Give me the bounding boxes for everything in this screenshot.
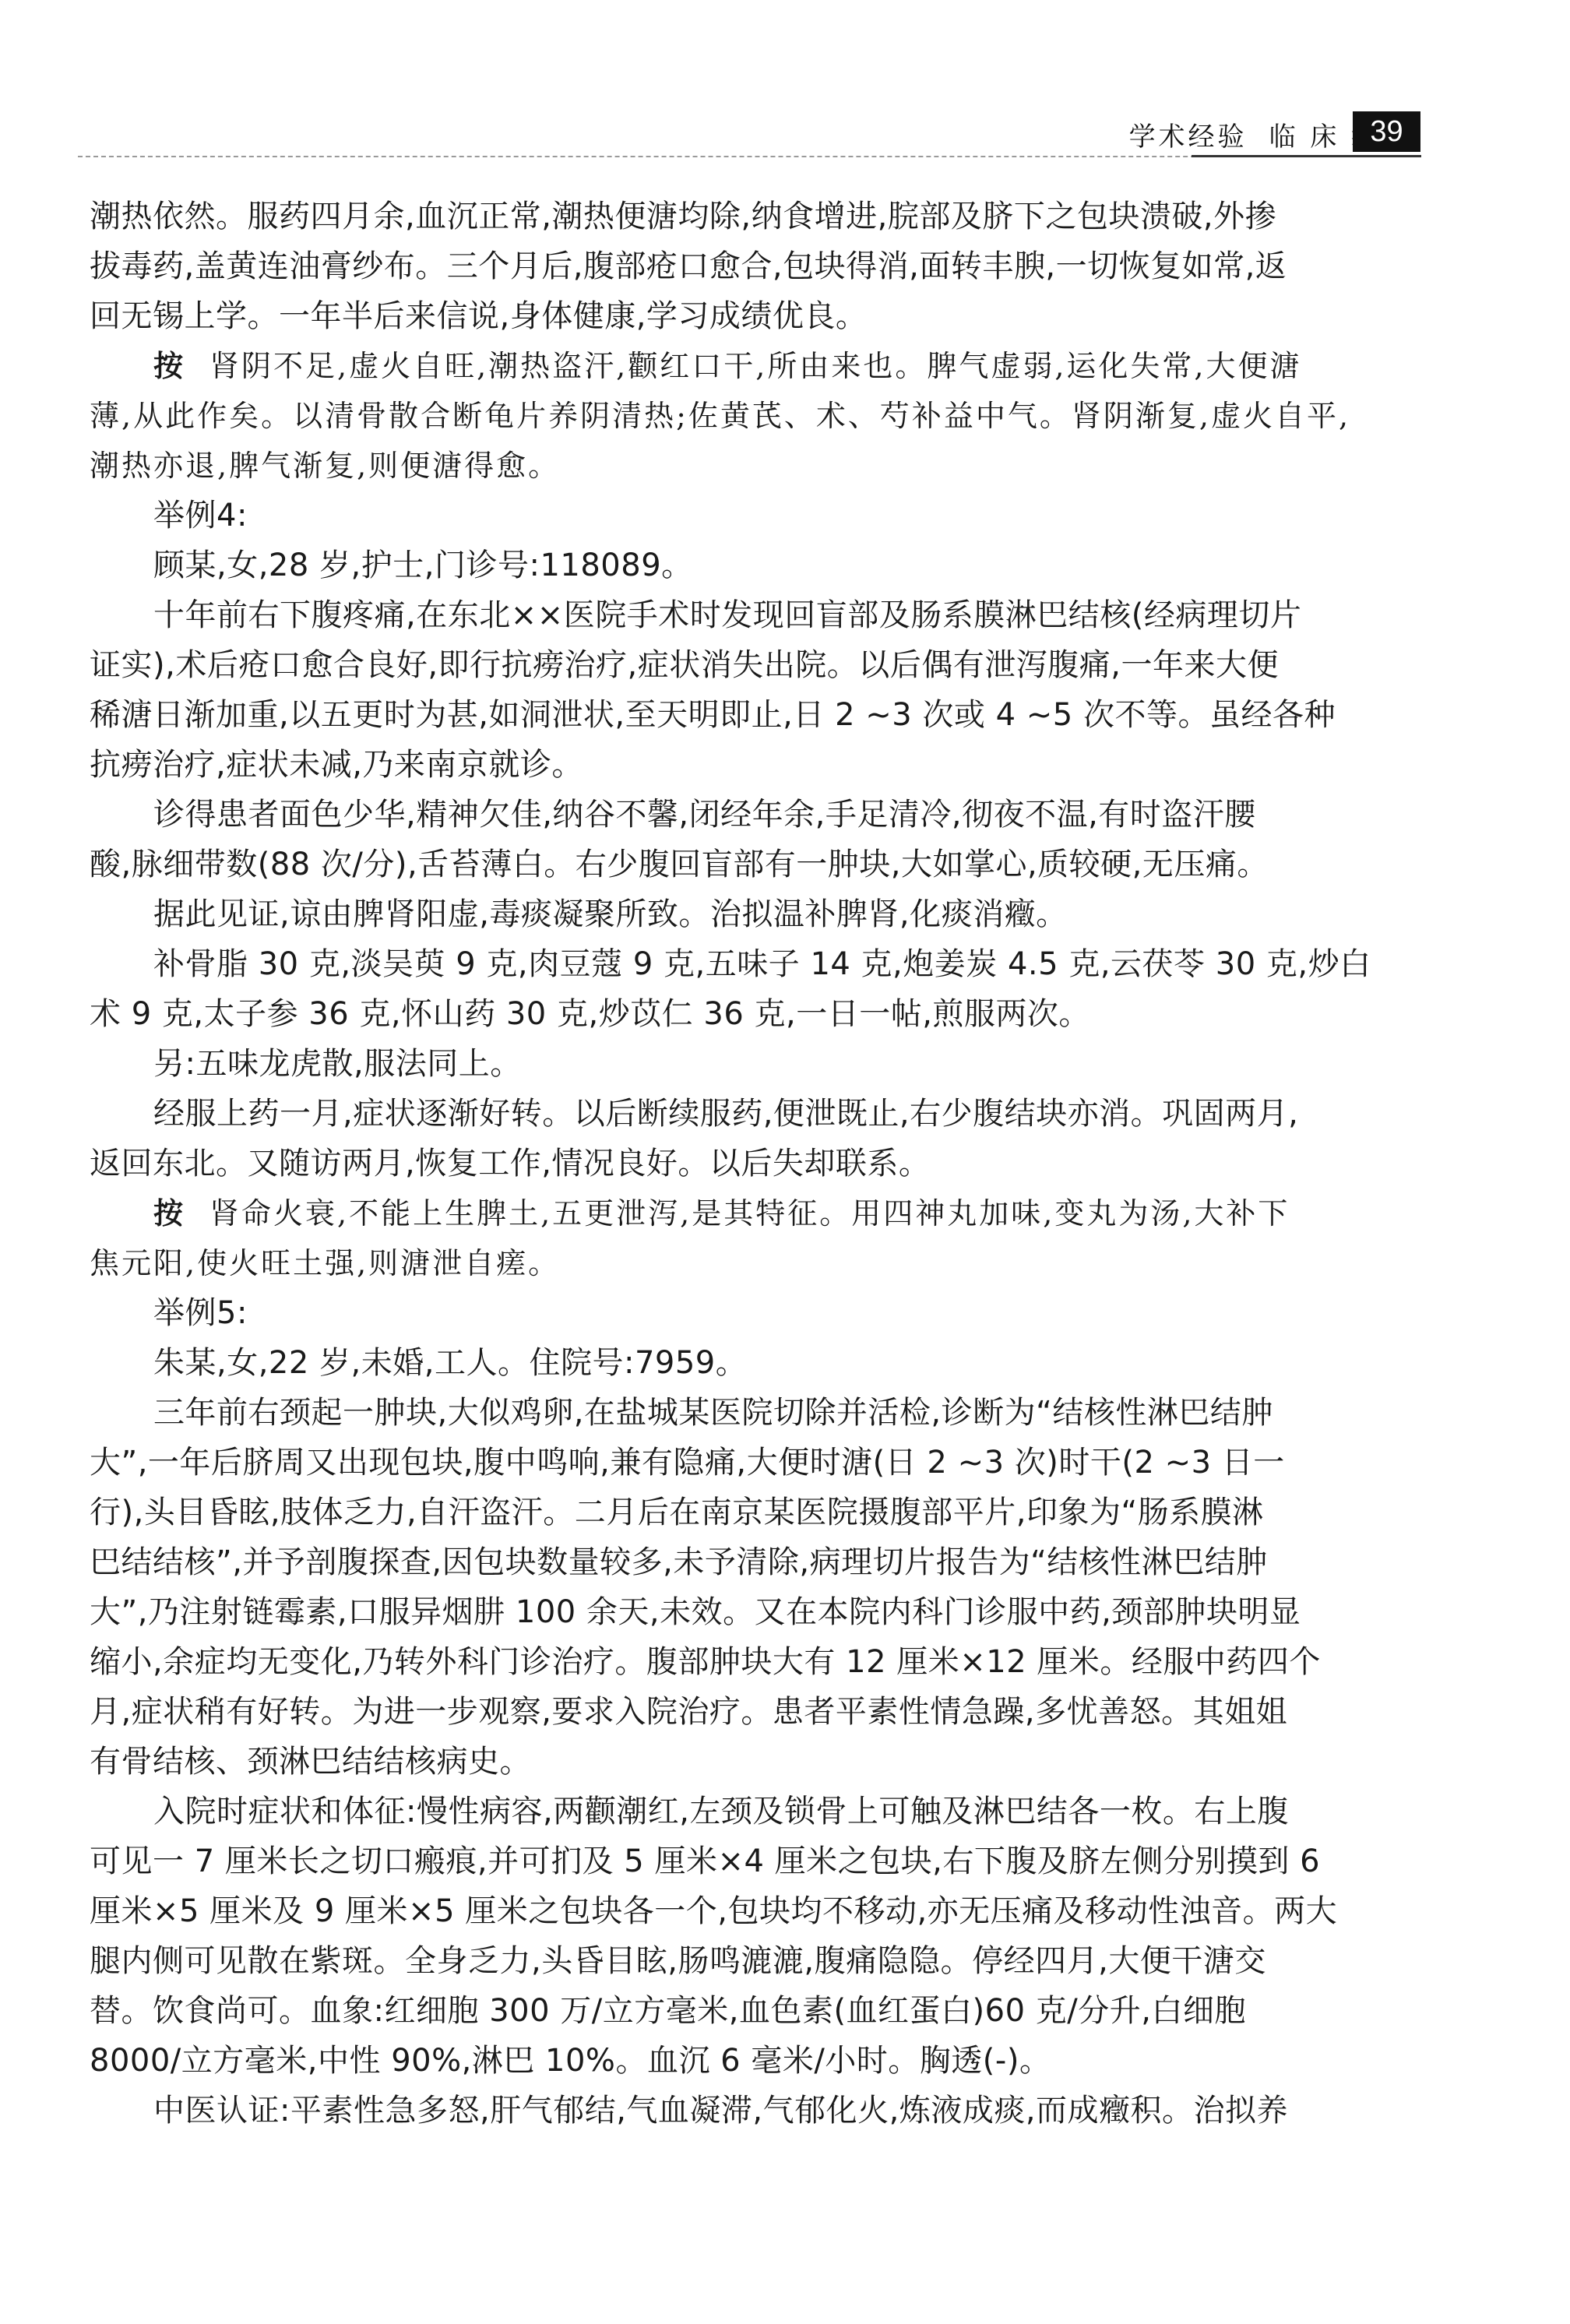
line-text: 酸,脉细带数(88 次/分),舌苔薄白。右少腹回盲部有一肿块,大如掌心,质较硬,… bbox=[90, 847, 1269, 882]
text-line: 经服上药一月,症状逐渐好转。以后断续服药,便泄既止,右少腹结块亦消。巩固两月, bbox=[90, 1089, 1437, 1139]
commentary-line: 按肾命火衰,不能上生脾土,五更泄泻,是其特征。用四神丸加味,变丸为汤,大补下 bbox=[90, 1188, 1437, 1238]
line-text: 可见一 7 厘米长之切口瘢痕,并可扪及 5 厘米×4 厘米之包块,右下腹及脐左侧… bbox=[90, 1843, 1320, 1879]
text-line: 有骨结核、颈淋巴结结核病史。 bbox=[90, 1737, 1437, 1787]
line-text: 腿内侧可见散在紫斑。全身乏力,头昏目眩,肠鸣漉漉,腹痛隐隐。停经四月,大便干溏交 bbox=[90, 1943, 1266, 1979]
text-line: 抗痨治疗,症状未减,乃来南京就诊。 bbox=[90, 740, 1437, 790]
page-body: 潮热依然。服药四月余,血沉正常,潮热便溏均除,纳食增进,脘部及脐下之包块溃破,外… bbox=[90, 192, 1437, 2136]
line-text: 入院时症状和体征:慢性病容,两颧潮红,左颈及锁骨上可触及淋巴结各一枚。右上腹 bbox=[153, 1794, 1289, 1829]
line-text: 补骨脂 30 克,淡吴萸 9 克,肉豆蔻 9 克,五味子 14 克,炮姜炭 4.… bbox=[153, 946, 1371, 982]
header-divider-bold bbox=[1192, 155, 1421, 157]
text-line: 巴结结核”,并予剖腹探查,因包块数量较多,未予清除,病理切片报告为“结核性淋巴结… bbox=[90, 1537, 1437, 1587]
line-text: 稀溏日渐加重,以五更时为甚,如洞泄状,至天明即止,日 2 ~3 次或 4 ~5 … bbox=[90, 697, 1336, 733]
line-text: 8000/立方毫米,中性 90%,淋巴 10%。血沉 6 毫米/小时。胸透(-)… bbox=[90, 2043, 1051, 2079]
line-text: 潮热依然。服药四月余,血沉正常,潮热便溏均除,纳食增进,脘部及脐下之包块溃破,外… bbox=[90, 199, 1276, 234]
commentary-label: 按 bbox=[153, 1196, 183, 1231]
text-line: 举例4: bbox=[90, 491, 1437, 541]
text-line: 证实),术后疮口愈合良好,即行抗痨治疗,症状消失出院。以后偶有泄泻腹痛,一年来大… bbox=[90, 640, 1437, 690]
line-text: 朱某,女,22 岁,未婚,工人。住院号:7959。 bbox=[153, 1345, 747, 1381]
line-text: 回无锡上学。一年半后来信说,身体健康,学习成绩优良。 bbox=[90, 298, 867, 334]
text-line: 月,症状稍有好转。为进一步观察,要求入院治疗。患者平素性情急躁,多忧善怒。其姐姐 bbox=[90, 1687, 1437, 1737]
text-line: 回无锡上学。一年半后来信说,身体健康,学习成绩优良。 bbox=[90, 291, 1437, 341]
commentary-line: 按肾阴不足,虚火自旺,潮热盗汗,颧红口干,所由来也。脾气虚弱,运化失常,大便溏 bbox=[90, 341, 1437, 391]
line-text: 举例4: bbox=[153, 498, 248, 533]
commentary-line: 焦元阳,使火旺土强,则溏泄自瘥。 bbox=[90, 1238, 1437, 1288]
text-line: 诊得患者面色少华,精神欠佳,纳谷不馨,闭经年余,手足清冷,彻夜不温,有时盗汗腰 bbox=[90, 790, 1437, 840]
line-text: 抗痨治疗,症状未减,乃来南京就诊。 bbox=[90, 747, 583, 783]
line-text: 潮热亦退,脾气渐复,则便溏得愈。 bbox=[90, 449, 560, 483]
line-text: 返回东北。又随访两月,恢复工作,情况良好。以后失却联系。 bbox=[90, 1146, 930, 1181]
line-text: 术 9 克,太子参 36 克,怀山药 30 克,炒苡仁 36 克,一日一帖,煎服… bbox=[90, 996, 1090, 1032]
line-text: 缩小,余症均无变化,乃转外科门诊治疗。腹部肿块大有 12 厘米×12 厘米。经服… bbox=[90, 1644, 1321, 1680]
text-line: 大”,乃注射链霉素,口服异烟肼 100 余天,未效。又在本院内科门诊服中药,颈部… bbox=[90, 1587, 1437, 1637]
line-text: 肾阴不足,虚火自旺,潮热盗汗,颧红口干,所由来也。脾气虚弱,运化失常,大便溏 bbox=[209, 349, 1301, 383]
commentary-line: 潮热亦退,脾气渐复,则便溏得愈。 bbox=[90, 441, 1437, 491]
text-line: 缩小,余症均无变化,乃转外科门诊治疗。腹部肿块大有 12 厘米×12 厘米。经服… bbox=[90, 1637, 1437, 1687]
commentary-line: 薄,从此作矣。以清骨散合断龟片养阴清热;佐黄芪、术、芍补益中气。肾阴渐复,虚火自… bbox=[90, 391, 1437, 441]
commentary-label: 按 bbox=[153, 349, 183, 383]
line-text: 举例5: bbox=[153, 1295, 248, 1331]
line-text: 三年前右颈起一肿块,大似鸡卵,在盐城某医院切除并活检,诊断为“结核性淋巴结肿 bbox=[153, 1395, 1273, 1431]
text-line: 行),头目昏眩,肢体乏力,自汗盗汗。二月后在南京某医院摄腹部平片,印象为“肠系膜… bbox=[90, 1488, 1437, 1537]
text-line: 入院时症状和体征:慢性病容,两颧潮红,左颈及锁骨上可触及淋巴结各一枚。右上腹 bbox=[90, 1787, 1437, 1836]
text-line: 厘米×5 厘米及 9 厘米×5 厘米之包块各一个,包块均不移动,亦无压痛及移动性… bbox=[90, 1886, 1437, 1936]
text-line: 稀溏日渐加重,以五更时为甚,如洞泄状,至天明即止,日 2 ~3 次或 4 ~5 … bbox=[90, 690, 1437, 740]
line-text: 十年前右下腹疼痛,在东北××医院手术时发现回盲部及肠系膜淋巴结核(经病理切片 bbox=[153, 597, 1301, 633]
text-line: 举例5: bbox=[90, 1288, 1437, 1338]
section-title: 学术经验 bbox=[1129, 121, 1248, 153]
line-text: 证实),术后疮口愈合良好,即行抗痨治疗,症状消失出院。以后偶有泄泻腹痛,一年来大… bbox=[90, 647, 1279, 683]
line-text: 大”,乃注射链霉素,口服异烟肼 100 余天,未效。又在本院内科门诊服中药,颈部… bbox=[90, 1594, 1301, 1630]
text-line: 据此见证,谅由脾肾阳虚,毒痰凝聚所致。治拟温补脾肾,化痰消癥。 bbox=[90, 889, 1437, 939]
line-text: 行),头目昏眩,肢体乏力,自汗盗汗。二月后在南京某医院摄腹部平片,印象为“肠系膜… bbox=[90, 1495, 1264, 1530]
line-text: 诊得患者面色少华,精神欠佳,纳谷不馨,闭经年余,手足清冷,彻夜不温,有时盗汗腰 bbox=[153, 797, 1256, 833]
text-line: 替。饮食尚可。血象:红细胞 300 万/立方毫米,血色素(血红蛋白)60 克/分… bbox=[90, 1986, 1437, 2036]
line-text: 巴结结核”,并予剖腹探查,因包块数量较多,未予清除,病理切片报告为“结核性淋巴结… bbox=[90, 1544, 1268, 1580]
text-line: 大”,一年后脐周又出现包块,腹中鸣响,兼有隐痛,大便时溏(日 2 ~3 次)时干… bbox=[90, 1438, 1437, 1488]
line-text: 拔毒药,盖黄连油膏纱布。三个月后,腹部疮口愈合,包块得消,面转丰腴,一切恢复如常… bbox=[90, 248, 1287, 284]
line-text: 中医认证:平素性急多怒,肝气郁结,气血凝滞,气郁化火,炼液成痰,而成癥积。治拟养 bbox=[153, 2093, 1288, 2129]
line-text: 有骨结核、颈淋巴结结核病史。 bbox=[90, 1744, 531, 1780]
line-text: 焦元阳,使火旺土强,则溏泄自瘥。 bbox=[90, 1246, 560, 1280]
line-text: 另:五味龙虎散,服法同上。 bbox=[153, 1046, 522, 1082]
line-text: 大”,一年后脐周又出现包块,腹中鸣响,兼有隐痛,大便时溏(日 2 ~3 次)时干… bbox=[90, 1445, 1285, 1481]
text-line: 补骨脂 30 克,淡吴萸 9 克,肉豆蔻 9 克,五味子 14 克,炮姜炭 4.… bbox=[90, 939, 1437, 989]
text-line: 腿内侧可见散在紫斑。全身乏力,头昏目眩,肠鸣漉漉,腹痛隐隐。停经四月,大便干溏交 bbox=[90, 1936, 1437, 1986]
text-line: 返回东北。又随访两月,恢复工作,情况良好。以后失却联系。 bbox=[90, 1139, 1437, 1188]
line-text: 替。饮食尚可。血象:红细胞 300 万/立方毫米,血色素(血红蛋白)60 克/分… bbox=[90, 1993, 1246, 2029]
text-line: 朱某,女,22 岁,未婚,工人。住院号:7959。 bbox=[90, 1338, 1437, 1388]
text-line: 8000/立方毫米,中性 90%,淋巴 10%。血沉 6 毫米/小时。胸透(-)… bbox=[90, 2036, 1437, 2086]
line-text: 薄,从此作矣。以清骨散合断龟片养阴清热;佐黄芪、术、芍补益中气。肾阴渐复,虚火自… bbox=[90, 399, 1350, 433]
text-line: 潮热依然。服药四月余,血沉正常,潮热便溏均除,纳食增进,脘部及脐下之包块溃破,外… bbox=[90, 192, 1437, 241]
text-line: 术 9 克,太子参 36 克,怀山药 30 克,炒苡仁 36 克,一日一帖,煎服… bbox=[90, 989, 1437, 1039]
text-line: 另:五味龙虎散,服法同上。 bbox=[90, 1039, 1437, 1089]
line-text: 厘米×5 厘米及 9 厘米×5 厘米之包块各一个,包块均不移动,亦无压痛及移动性… bbox=[90, 1893, 1337, 1929]
text-line: 顾某,女,28 岁,护士,门诊号:118089。 bbox=[90, 541, 1437, 590]
line-text: 肾命火衰,不能上生脾土,五更泄泻,是其特征。用四神丸加味,变丸为汤,大补下 bbox=[209, 1196, 1290, 1231]
text-line: 三年前右颈起一肿块,大似鸡卵,在盐城某医院切除并活检,诊断为“结核性淋巴结肿 bbox=[90, 1388, 1437, 1438]
line-text: 经服上药一月,症状逐渐好转。以后断续服药,便泄既止,右少腹结块亦消。巩固两月, bbox=[153, 1096, 1298, 1132]
text-line: 十年前右下腹疼痛,在东北××医院手术时发现回盲部及肠系膜淋巴结核(经病理切片 bbox=[90, 590, 1437, 640]
text-line: 拔毒药,盖黄连油膏纱布。三个月后,腹部疮口愈合,包块得消,面转丰腴,一切恢复如常… bbox=[90, 241, 1437, 291]
line-text: 月,症状稍有好转。为进一步观察,要求入院治疗。患者平素性情急躁,多忧善怒。其姐姐 bbox=[90, 1694, 1287, 1730]
line-text: 据此见证,谅由脾肾阳虚,毒痰凝聚所致。治拟温补脾肾,化痰消癥。 bbox=[153, 896, 1068, 932]
line-text: 顾某,女,28 岁,护士,门诊号:118089。 bbox=[153, 548, 693, 583]
page-number: 39 bbox=[1353, 111, 1420, 152]
text-line: 酸,脉细带数(88 次/分),舌苔薄白。右少腹回盲部有一肿块,大如掌心,质较硬,… bbox=[90, 840, 1437, 889]
text-line: 可见一 7 厘米长之切口瘢痕,并可扪及 5 厘米×4 厘米之包块,右下腹及脐左侧… bbox=[90, 1836, 1437, 1886]
text-line: 中医认证:平素性急多怒,肝气郁结,气血凝滞,气郁化火,炼液成痰,而成癥积。治拟养 bbox=[90, 2086, 1437, 2136]
